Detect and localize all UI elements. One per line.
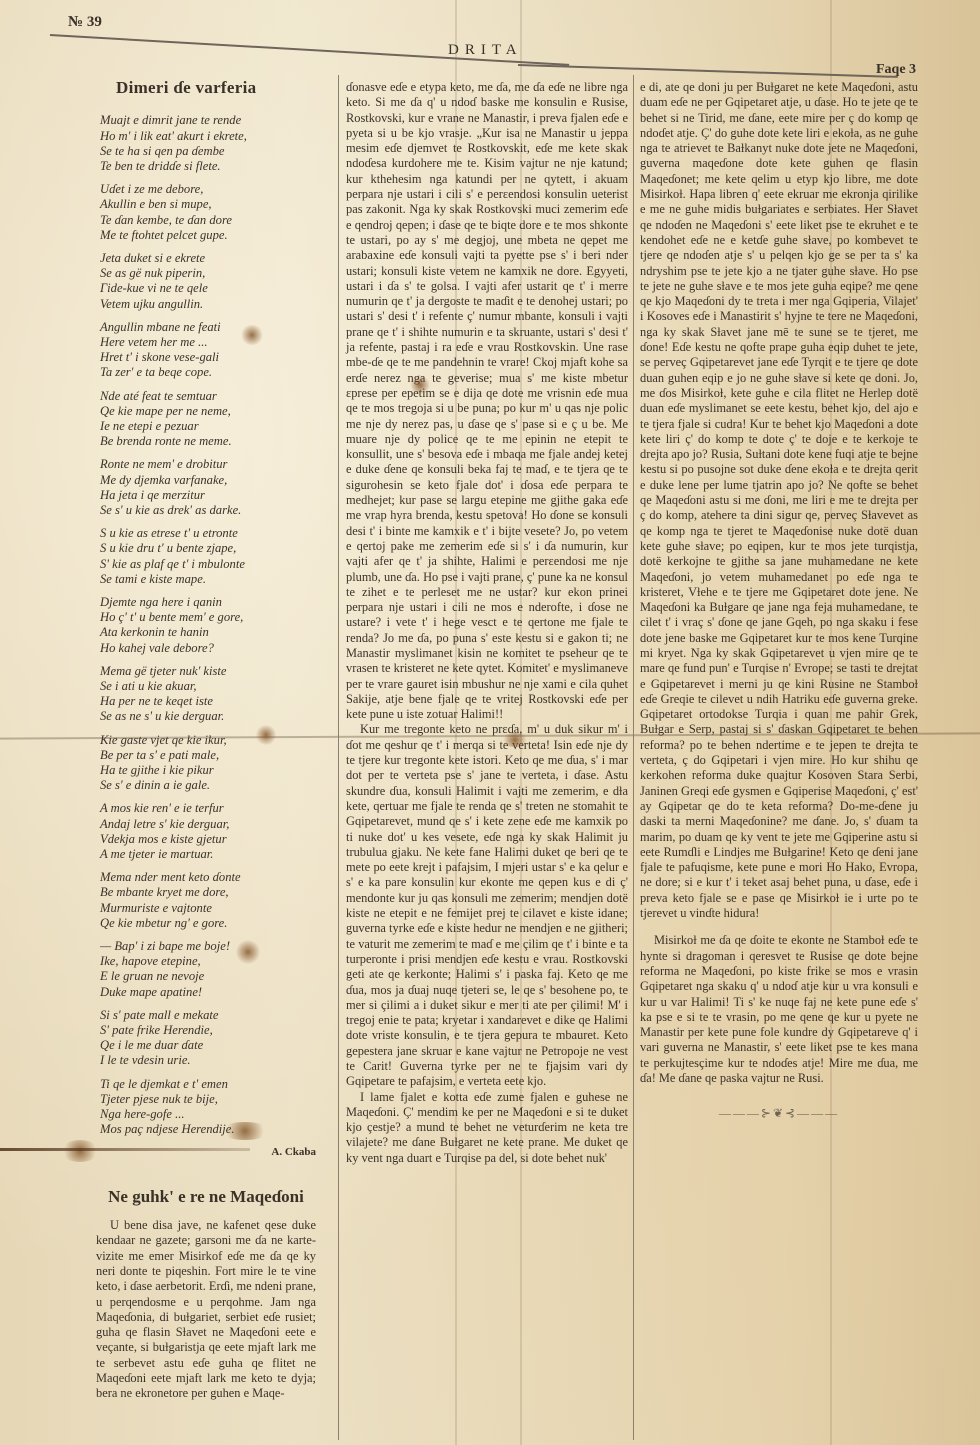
poem-line: Here vetem her me ... bbox=[100, 335, 316, 350]
poem-line: Tjeter pjese nuk te bije, bbox=[100, 1092, 316, 1107]
poem-stanza: Nde até feat te semtuarQe kie mape per n… bbox=[100, 389, 316, 450]
poem-line: Vdekja mos e kiste gjetur bbox=[100, 832, 316, 847]
masthead-title: DRITA bbox=[448, 42, 523, 59]
column-divider-1 bbox=[338, 75, 339, 1440]
article-paragraph: I lame fjalet e kotta eɗe zume fjalen e … bbox=[346, 1090, 628, 1166]
poem-line: Angullin mbane ne feati bbox=[100, 320, 316, 335]
poem-line: Se s' u kie as drek' as darke. bbox=[100, 503, 316, 518]
poem-line: Qe kie mape per ne neme, bbox=[100, 404, 316, 419]
right-column: e di, ate qe doni ju per Buɫgaret ne ket… bbox=[640, 80, 918, 1142]
poem-line: Mema nder ment keto ɗonte bbox=[100, 870, 316, 885]
poem-line: Nga here-gofe ... bbox=[100, 1107, 316, 1122]
poem-stanza: Kie gaste vjet qe kie ikur,Be per ta s' … bbox=[100, 733, 316, 794]
poem-line: I le te vdesin urie. bbox=[100, 1053, 316, 1068]
tear-line bbox=[0, 1148, 250, 1151]
poem-stanza: Mema gë tjeter nuk' kisteSe i ati u kie … bbox=[100, 664, 316, 725]
poem-line: Ho m' i lik eat' akurt i ekrete, bbox=[100, 129, 316, 144]
poem-stanza: A mos kie ren' e ie terfurAndaj letre s'… bbox=[100, 801, 316, 862]
poem-line: Hret t' i skone vese-gali bbox=[100, 350, 316, 365]
article-paragraph: ɗonasve eɗe e etypa keto, me ɗa, me ɗa e… bbox=[346, 80, 628, 722]
poem-line: S' pate frike Herendie, bbox=[100, 1023, 316, 1038]
poem-stanza: Ti qe le djemkat e t' emenTjeter pjese n… bbox=[100, 1077, 316, 1138]
poem-body: Muajt e dimrit jane te rendeHo m' i lik … bbox=[96, 113, 316, 1137]
poem-line: Me dy djemka varfanake, bbox=[100, 473, 316, 488]
poem-line: Uɗet i ze me debore, bbox=[100, 182, 316, 197]
poem-line: Se as ne s' u kie derguar. bbox=[100, 709, 316, 724]
poem-line: Ta zer' e ta beqe cope. bbox=[100, 365, 316, 380]
poem-line: Ho ç' t' u bente mem' e gore, bbox=[100, 610, 316, 625]
poem-line: Duke mape apatine! bbox=[100, 985, 316, 1000]
poem-line: Ha jeta i qe merzitur bbox=[100, 488, 316, 503]
stain-mark bbox=[410, 375, 430, 395]
poem-line: A me tjeter ie martuar. bbox=[100, 847, 316, 862]
poem-line: Te ben te dridɗe si flete. bbox=[100, 159, 316, 174]
stain-mark bbox=[60, 1140, 100, 1162]
stain-mark bbox=[240, 325, 264, 345]
newspaper-page: № 39 DRITA Faqe 3 Dimeri ɗe varferia Mua… bbox=[0, 0, 980, 1445]
poem-line: Mos paç ndjese Herendije. bbox=[100, 1122, 316, 1137]
poem-line: Mema gë tjeter nuk' kiste bbox=[100, 664, 316, 679]
poem-stanza: Muajt e dimrit jane te rendeHo m' i lik … bbox=[100, 113, 316, 174]
poem-line: A mos kie ren' e ie terfur bbox=[100, 801, 316, 816]
poem-line: Qe i le me duar ɗate bbox=[100, 1038, 316, 1053]
poem-line: Se te ha si qen pa ɗembe bbox=[100, 144, 316, 159]
page-header: № 39 DRITA Faqe 3 bbox=[0, 0, 980, 80]
poem-line: Ike, hapove etepine, bbox=[100, 954, 316, 969]
poem-line: S u kie as etrese t' u etronte bbox=[100, 526, 316, 541]
stain-mark bbox=[220, 1122, 270, 1140]
poem-line: Nde até feat te semtuar bbox=[100, 389, 316, 404]
poem-line: Muajt e dimrit jane te rende bbox=[100, 113, 316, 128]
poem-line: Se as gë nuk piperin, bbox=[100, 266, 316, 281]
article-title: Ne guhk' e re ne Maqeɗoni bbox=[96, 1189, 316, 1204]
poem-line: Ie ne etepi e pezuar bbox=[100, 419, 316, 434]
issue-number: № 39 bbox=[68, 14, 102, 31]
poem-line: Ho kahej vale debore? bbox=[100, 641, 316, 656]
poem-stanza: Djemte nga here i qaninHo ç' t' u bente … bbox=[100, 595, 316, 656]
poem-line: Qe kie mbetur ng' e gore. bbox=[100, 916, 316, 931]
poem-line: Jeta duket si e ekrete bbox=[100, 251, 316, 266]
poem-line: Be brenda ronte ne meme. bbox=[100, 434, 316, 449]
poem-stanza: — Bap' i zi bape me boje!Ike, hapove ete… bbox=[100, 939, 316, 1000]
poem-line: Djemte nga here i qanin bbox=[100, 595, 316, 610]
poem-line: — Bap' i zi bape me boje! bbox=[100, 939, 316, 954]
poem-line: S' kie as plaf qe t' i mbulonte bbox=[100, 557, 316, 572]
stain-mark bbox=[235, 940, 261, 964]
poem-line: Be mbante kryet me dore, bbox=[100, 885, 316, 900]
poem-line: Se i ati u kie akuar, bbox=[100, 679, 316, 694]
poem-stanza: S u kie as etrese t' u etronteS u kie dr… bbox=[100, 526, 316, 587]
poem-line: E le gruan ne nevoje bbox=[100, 969, 316, 984]
poem-line: Se tami e kiste mape. bbox=[100, 572, 316, 587]
poem-line: Si s' pate mall e mekate bbox=[100, 1008, 316, 1023]
poem-line: Ronte ne mem' e drobitur bbox=[100, 457, 316, 472]
column-divider-2 bbox=[633, 75, 634, 1440]
poem-stanza: Si s' pate mall e mekateS' pate frike He… bbox=[100, 1008, 316, 1069]
poem-line: Me te ftohtet pelcet gupe. bbox=[100, 228, 316, 243]
poem-line: Ti qe le djemkat e t' emen bbox=[100, 1077, 316, 1092]
poem-stanza: Ronte ne mem' e drobiturMe dy djemka var… bbox=[100, 457, 316, 518]
poem-line: Be per ta s' e pati male, bbox=[100, 748, 316, 763]
article-paragraph: e di, ate qe doni ju per Buɫgaret ne ket… bbox=[640, 80, 918, 921]
poem-stanza: Angullin mbane ne featiHere vetem her me… bbox=[100, 320, 316, 381]
article-paragraph: Misirkoɫ me ɗa qe ɗoite te ekonte ne Sta… bbox=[640, 933, 918, 1086]
article-paragraph: Kur me tregonte keto ne prɛɗa, m' u duk … bbox=[346, 722, 628, 1089]
poem-line: Se s' e dinin a ie gale. bbox=[100, 778, 316, 793]
poem-line: Te ɗan kembe, te ɗan dore bbox=[100, 213, 316, 228]
poem-line: Ha te gjithe i kie pikur bbox=[100, 763, 316, 778]
poem-line: Ha per ne te keqet iste bbox=[100, 694, 316, 709]
left-column: Dimeri ɗe varferia Muajt e dimrit jane t… bbox=[96, 80, 316, 1402]
poem-line: Akullin e ben si mupe, bbox=[100, 197, 316, 212]
poem-line: Kie gaste vjet qe kie ikur, bbox=[100, 733, 316, 748]
poem-line: Andaj letre s' kie derguar, bbox=[100, 817, 316, 832]
poem-title: Dimeri ɗe varferia bbox=[116, 80, 316, 95]
middle-column: ɗonasve eɗe e etypa keto, me ɗa, me ɗa e… bbox=[346, 80, 628, 1166]
poem-line: Vetem ujku angullin. bbox=[100, 297, 316, 312]
poem-stanza: Uɗet i ze me debore,Akullin e ben si mup… bbox=[100, 182, 316, 243]
article-paragraph: U bene disa jave, ne kafenet qese duke k… bbox=[96, 1218, 316, 1402]
poem-line: S u kie dru t' u bente zjape, bbox=[100, 541, 316, 556]
poem-stanza: Jeta duket si e ekreteSe as gë nuk piper… bbox=[100, 251, 316, 312]
poem-line: Γide-kue vi ne te qele bbox=[100, 281, 316, 296]
stain-mark bbox=[500, 733, 530, 747]
poem-line: Ata kerkonin te hanin bbox=[100, 625, 316, 640]
header-rule-right bbox=[518, 64, 898, 78]
stain-mark bbox=[255, 725, 277, 745]
section-ornament: ———⊱❦⊰——— bbox=[640, 1106, 918, 1121]
poem-line: Murmuriste e vajtonte bbox=[100, 901, 316, 916]
poem-stanza: Mema nder ment keto ɗonteBe mbante kryet… bbox=[100, 870, 316, 931]
